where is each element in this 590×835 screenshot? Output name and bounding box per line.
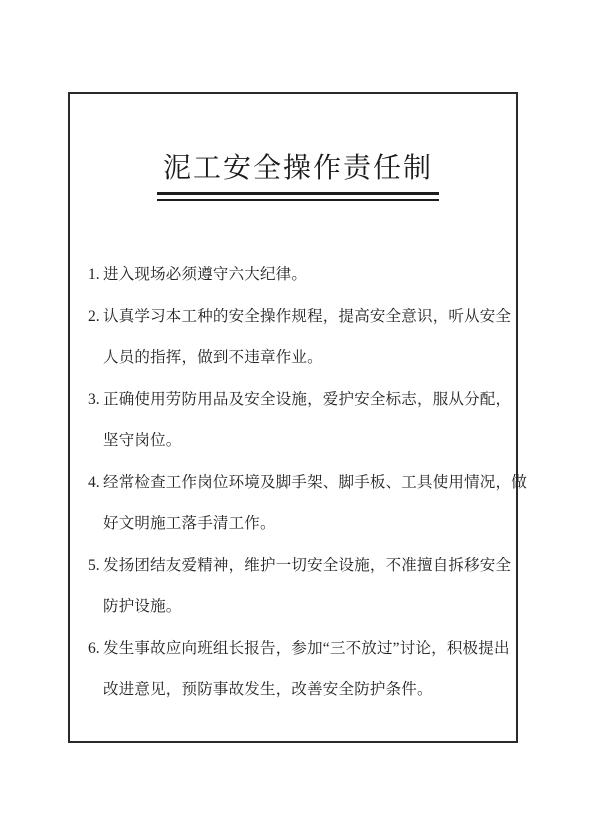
- rule-line: 4.经常检查工作岗位环境及脚手架、脚手板、工具使用情况，做: [88, 462, 510, 504]
- rule-text: 认真学习本工种的安全操作规程，提高安全意识，听从安全: [103, 308, 511, 325]
- rule-text-continuation: 好文明施工落手清工作。: [88, 503, 510, 545]
- rule-text: 发扬团结友爱精神，维护一切安全设施，不准擅自拆移安全: [103, 557, 511, 574]
- rule-item-6: 6.发生事故应向班组长报告，参加“三不放过”讨论，积极提出 改进意见，预防事故发…: [88, 628, 510, 711]
- rule-text-continuation: 防护设施。: [88, 586, 510, 628]
- rule-item-3: 3.正确使用劳防用品及安全设施，爱护安全标志，服从分配， 坚守岗位。: [88, 379, 510, 462]
- rule-line: 1.进入现场必须遵守六大纪律。: [88, 254, 510, 296]
- rule-number: 3.: [88, 379, 103, 421]
- rule-text: 正确使用劳防用品及安全设施，爱护安全标志，服从分配，: [103, 391, 511, 408]
- rule-item-4: 4.经常检查工作岗位环境及脚手架、脚手板、工具使用情况，做 好文明施工落手清工作…: [88, 462, 510, 545]
- document-border-frame: 泥工安全操作责任制 1.进入现场必须遵守六大纪律。 2.认真学习本工种的安全操作…: [68, 92, 518, 743]
- rule-item-2: 2.认真学习本工种的安全操作规程，提高安全意识，听从安全 人员的指挥，做到不违章…: [88, 296, 510, 379]
- rule-text: 进入现场必须遵守六大纪律。: [103, 266, 307, 283]
- title-block: 泥工安全操作责任制: [75, 146, 521, 201]
- rule-item-1: 1.进入现场必须遵守六大纪律。: [88, 254, 510, 296]
- title-double-underline: [157, 192, 439, 201]
- page-title: 泥工安全操作责任制: [163, 146, 433, 186]
- rule-number: 4.: [88, 462, 103, 504]
- rule-text-continuation: 改进意见，预防事故发生，改善安全防护条件。: [88, 669, 510, 711]
- rule-text-continuation: 坚守岗位。: [88, 420, 510, 462]
- rule-line: 5.发扬团结友爱精神，维护一切安全设施，不准擅自拆移安全: [88, 545, 510, 587]
- rule-line: 2.认真学习本工种的安全操作规程，提高安全意识，听从安全: [88, 296, 510, 338]
- rule-item-5: 5.发扬团结友爱精神，维护一切安全设施，不准擅自拆移安全 防护设施。: [88, 545, 510, 628]
- document-page: 泥工安全操作责任制 1.进入现场必须遵守六大纪律。 2.认真学习本工种的安全操作…: [0, 0, 590, 835]
- rules-list: 1.进入现场必须遵守六大纪律。 2.认真学习本工种的安全操作规程，提高安全意识，…: [70, 254, 516, 711]
- rule-text-continuation: 人员的指挥，做到不违章作业。: [88, 337, 510, 379]
- rule-text: 经常检查工作岗位环境及脚手架、脚手板、工具使用情况，做: [103, 474, 527, 491]
- rule-number: 5.: [88, 545, 103, 587]
- rule-text: 发生事故应向班组长报告，参加“三不放过”讨论，积极提出: [103, 640, 510, 657]
- rule-line: 6.发生事故应向班组长报告，参加“三不放过”讨论，积极提出: [88, 628, 510, 670]
- rule-number: 2.: [88, 296, 103, 338]
- rule-number: 6.: [88, 628, 103, 670]
- rule-line: 3.正确使用劳防用品及安全设施，爱护安全标志，服从分配，: [88, 379, 510, 421]
- rule-number: 1.: [88, 254, 103, 296]
